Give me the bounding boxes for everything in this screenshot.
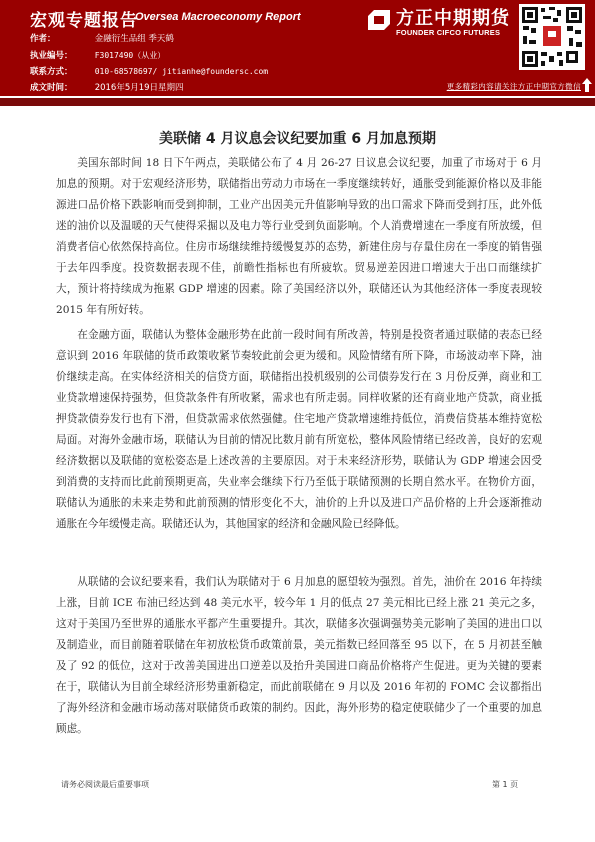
header-band xyxy=(0,98,595,106)
meta-label: 成文时间： xyxy=(30,81,92,93)
report-subtitle: Oversea Macroeconomy Report xyxy=(135,11,301,23)
document-title: 美联储 4 月议息会议纪要加重 6 月加息预期 xyxy=(0,128,595,148)
meta-label: 作者： xyxy=(30,32,92,44)
company-logo: 方正中期期货 FOUNDER CIFCO FUTURES xyxy=(366,4,516,40)
page-number: 第 1 页 xyxy=(492,779,518,790)
wechat-promo-link[interactable]: 更多精彩内容请关注方正中期官方微信 xyxy=(447,81,581,92)
wechat-qr-code[interactable] xyxy=(519,4,585,70)
meta-label: 执业编号： xyxy=(30,49,92,61)
contact-email[interactable]: 010-68578697/ jitianhe@foundersc.com xyxy=(95,67,268,76)
paragraph-2: 在金融方面，联储认为整体金融形势在此前一段时间有所改善，特别是投资者通过联储的表… xyxy=(56,325,542,535)
paragraph-3: 从联储的会议纪要来看，我们认为联储对于 6 月加息的愿望较为强烈。首先，油价在 … xyxy=(56,572,542,740)
logo-mark-icon xyxy=(368,10,390,30)
meta-label: 联系方式： xyxy=(30,65,92,77)
meta-date: 成文时间： 2016年5月19日星期四 xyxy=(30,81,184,93)
qr-code-icon xyxy=(519,4,585,70)
meta-license: 执业编号： F3017490（从业） xyxy=(30,49,165,61)
meta-value: F3017490（从业） xyxy=(95,50,166,61)
disclaimer-note: 请务必阅读最后重要事项 xyxy=(61,779,149,790)
meta-contact: 联系方式： 010-68578697/ jitianhe@foundersc.c… xyxy=(30,65,268,77)
meta-value: 2016年5月19日星期四 xyxy=(95,81,184,93)
logo-english: FOUNDER CIFCO FUTURES xyxy=(396,28,500,37)
meta-author: 作者： 金融衍生品组 季天鹤 xyxy=(30,32,174,44)
up-arrow-icon xyxy=(582,78,592,92)
meta-value: 金融衍生品组 季天鹤 xyxy=(95,32,174,44)
report-header: 宏观专题报告 Oversea Macroeconomy Report 作者： 金… xyxy=(0,0,595,96)
logo-chinese: 方正中期期货 xyxy=(396,4,510,30)
paragraph-1: 美国东部时间 18 日下午两点，美联储公布了 4 月 26-27 日议息会议纪要… xyxy=(56,153,542,321)
report-title: 宏观专题报告 xyxy=(30,6,138,31)
